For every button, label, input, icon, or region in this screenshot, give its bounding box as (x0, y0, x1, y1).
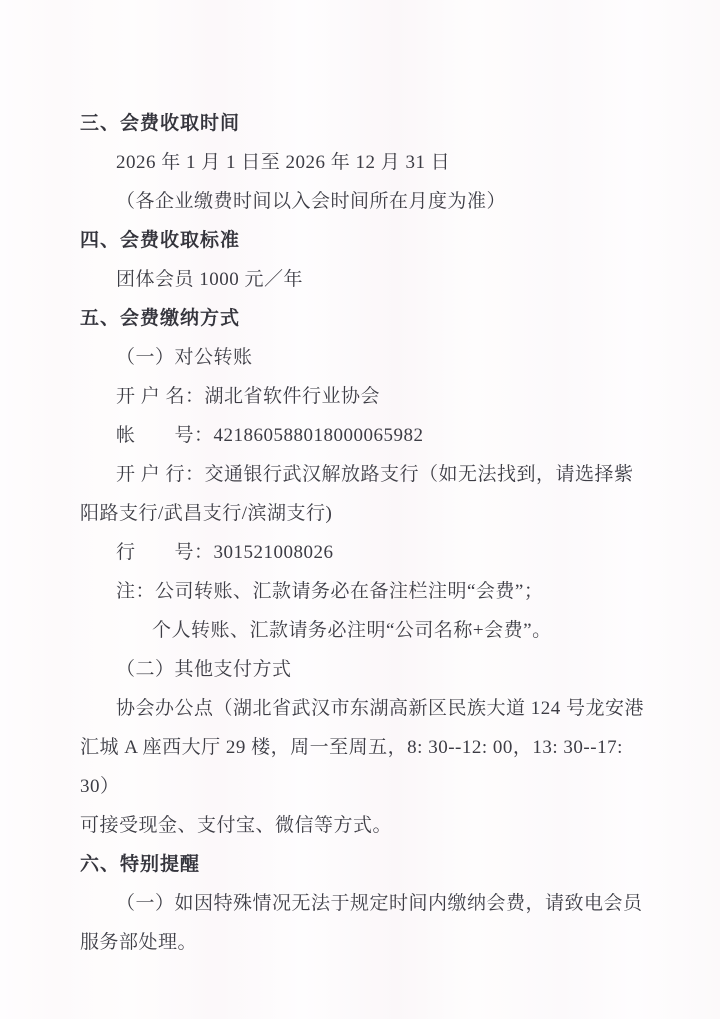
section-five-heading: 五、会费缴纳方式 (80, 299, 652, 338)
payment-method-one-heading: （一）对公转账 (80, 338, 652, 377)
bank-name-line-1: 开 户 行：交通银行武汉解放路支行（如无法找到，请选择紫 (80, 455, 652, 494)
special-reminder-line-1: （一）如因特殊情况无法于规定时间内缴纳会费，请致电会员 (80, 884, 652, 923)
special-reminder-line-2: 服务部处理。 (80, 923, 652, 962)
section-three-heading: 三、会费收取时间 (80, 104, 652, 143)
bank-number-line: 行 号：301521008026 (80, 533, 652, 572)
section-six-heading: 六、特别提醒 (80, 845, 652, 884)
fee-collection-period: 2026 年 1 月 1 日至 2026 年 12 月 31 日 (80, 143, 652, 182)
fee-standard: 团体会员 1000 元／年 (80, 260, 652, 299)
account-name-line: 开 户 名：湖北省软件行业协会 (80, 377, 652, 416)
payment-method-two-heading: （二）其他支付方式 (80, 650, 652, 689)
office-payment-options-line: 可接受现金、支付宝、微信等方式。 (80, 806, 652, 845)
office-address-line-1: 协会办公点（湖北省武汉市东湖高新区民族大道 124 号龙安港 (80, 689, 652, 728)
transfer-note-line-2: 个人转账、汇款请务必注明“公司名称+会费”。 (80, 611, 652, 650)
account-number-line: 帐 号：421860588018000065982 (80, 416, 652, 455)
office-address-line-2: 汇城 A 座西大厅 29 楼，周一至周五，8: 30--12: 00，13: 3… (80, 728, 652, 806)
document-body: 三、会费收取时间 2026 年 1 月 1 日至 2026 年 12 月 31 … (80, 104, 652, 962)
section-four-heading: 四、会费收取标准 (80, 221, 652, 260)
transfer-note-line-1: 注：公司转账、汇款请务必在备注栏注明“会费”； (80, 572, 652, 611)
scanned-document-page: 三、会费收取时间 2026 年 1 月 1 日至 2026 年 12 月 31 … (0, 0, 720, 1019)
bank-name-line-2: 阳路支行/武昌支行/滨湖支行) (80, 494, 652, 533)
fee-collection-period-note: （各企业缴费时间以入会时间所在月度为准） (80, 182, 652, 221)
